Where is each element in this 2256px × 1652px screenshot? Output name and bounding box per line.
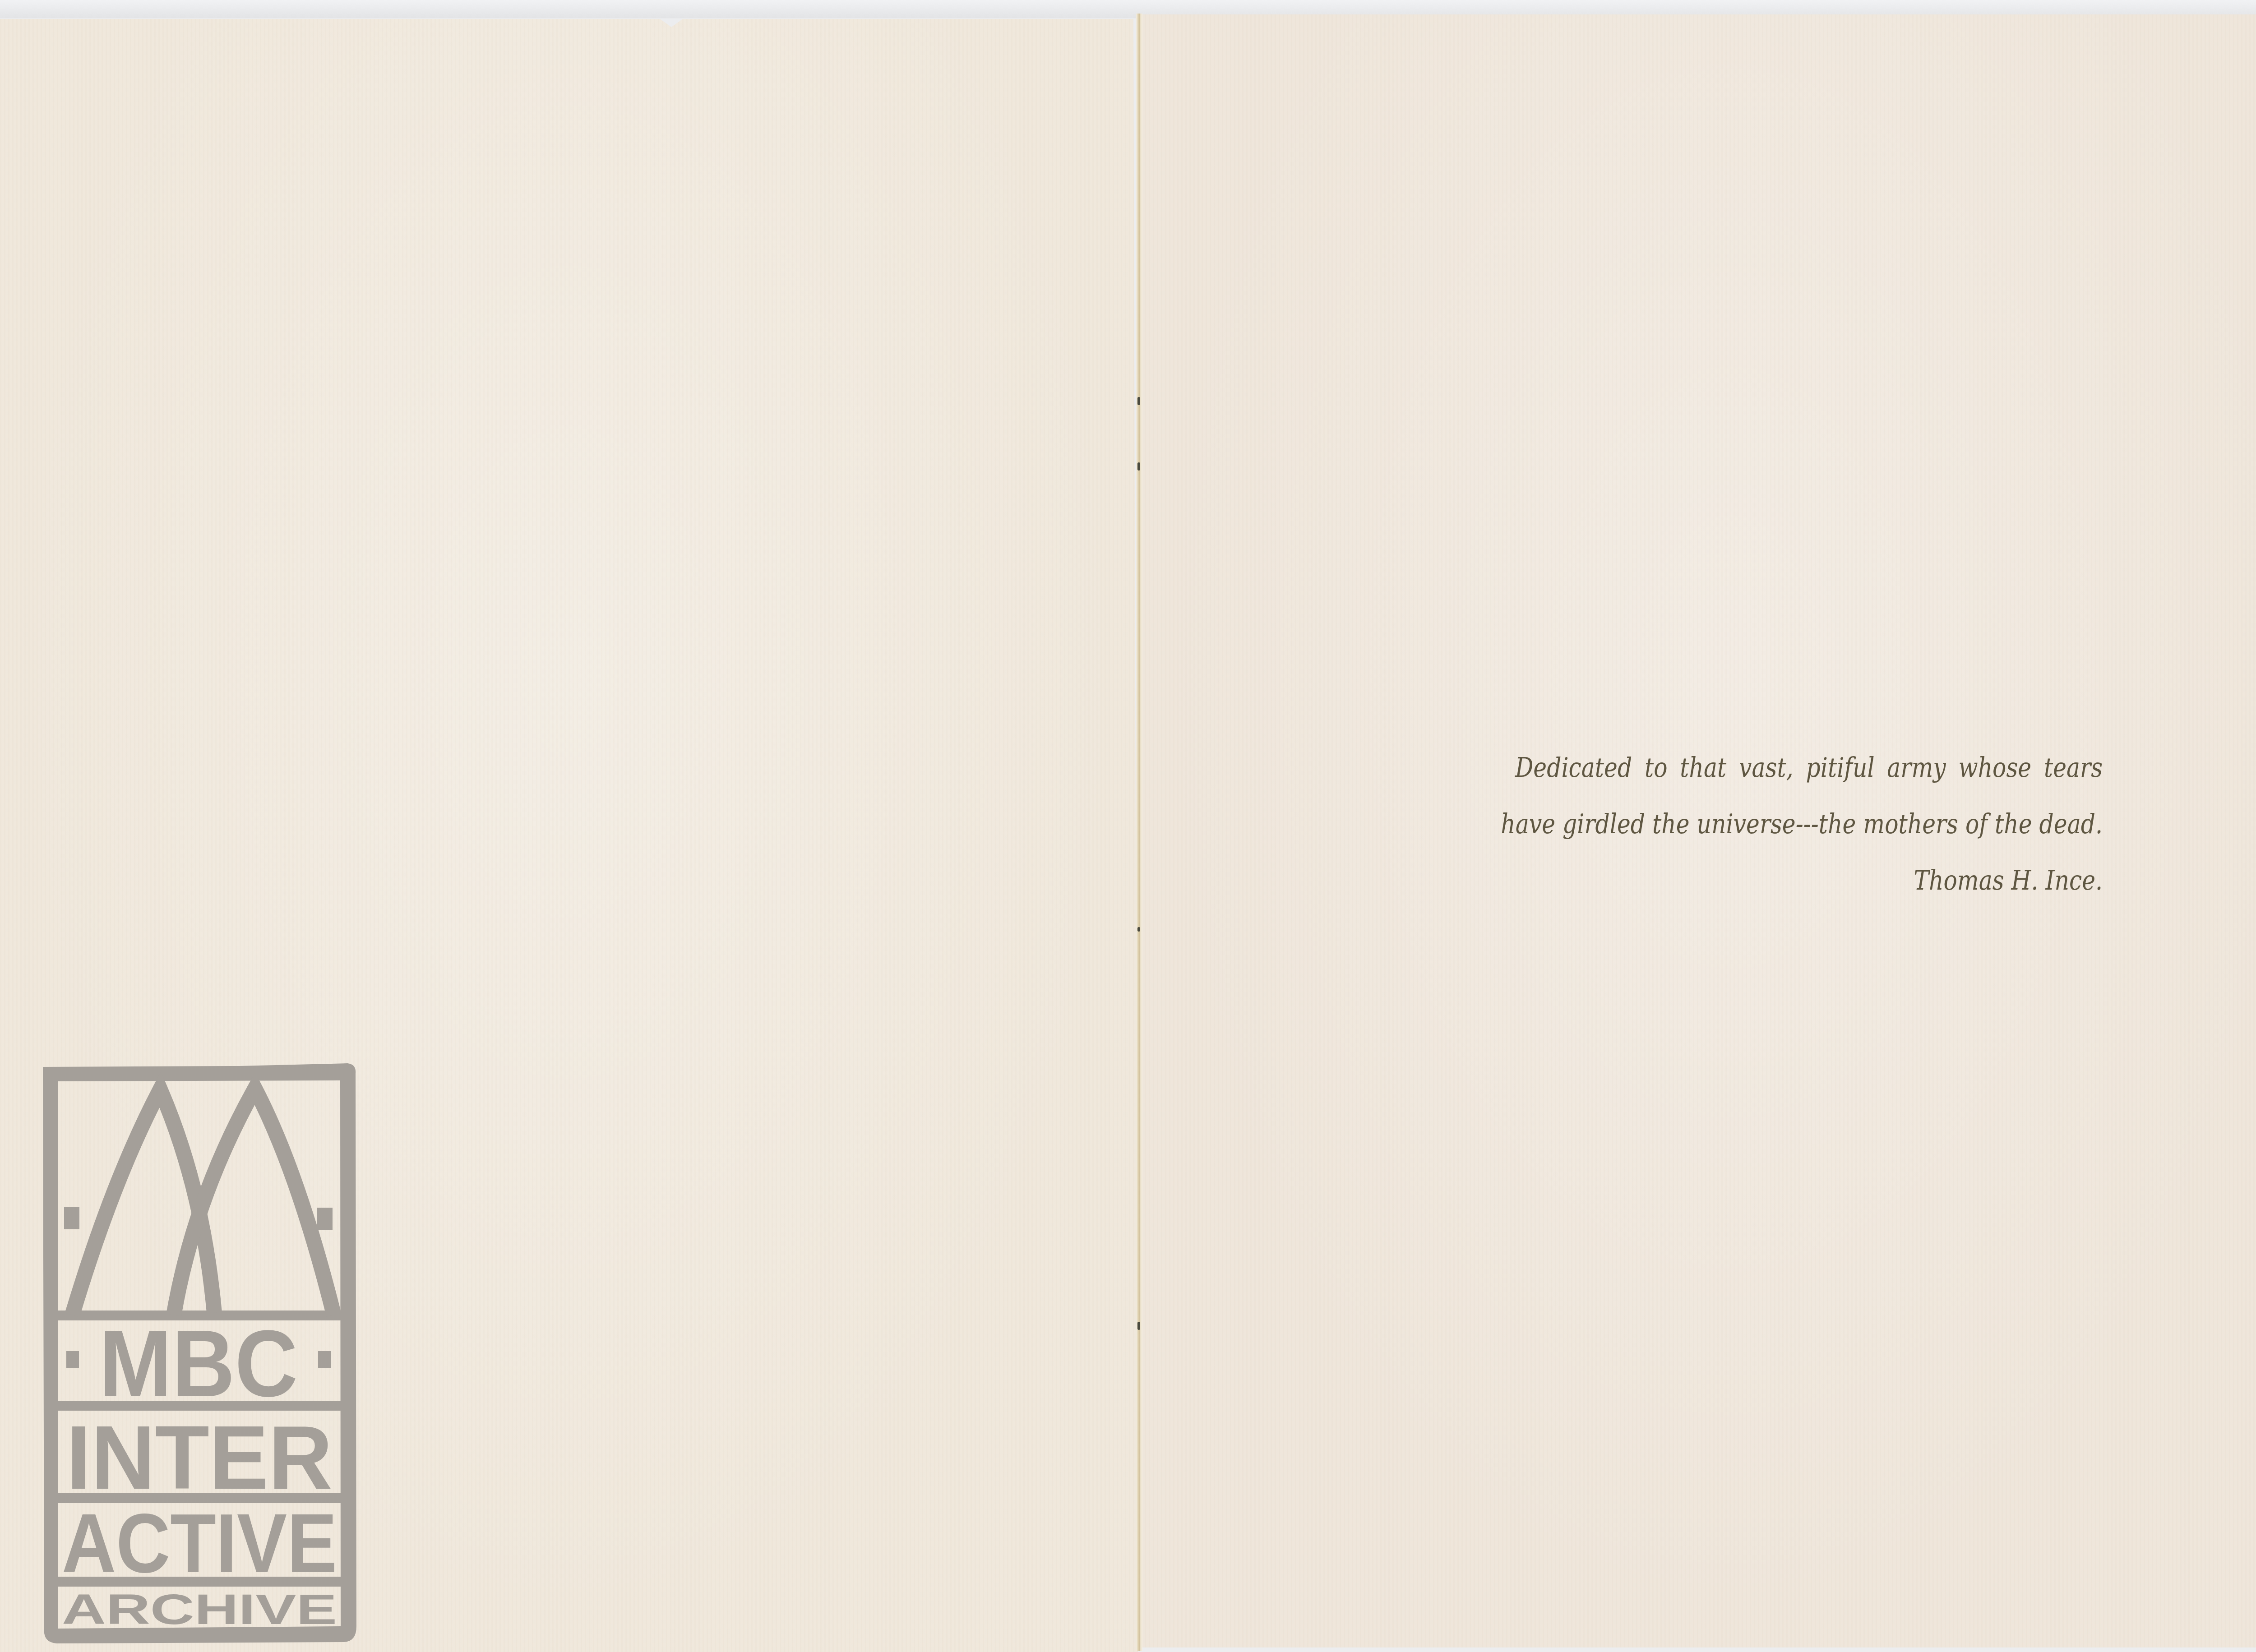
logo-line-2: INTER: [66, 1407, 333, 1508]
dedication-line-1: Dedicated to that vast, pitiful army who…: [1493, 740, 2103, 796]
book-gutter: [1136, 14, 1142, 1651]
dedication-line-2: have girdled the universe---the mothers …: [1493, 796, 2103, 853]
stitch-mark: [1137, 397, 1140, 405]
double-arch-monogram-icon: [72, 1089, 334, 1315]
logo-line-1: MBC: [99, 1311, 298, 1417]
dedication-signature: Thomas H. Ince.: [1493, 853, 2103, 909]
logo-graphic: MBC INTER ACTIVE ARCHIVE: [41, 1053, 356, 1647]
logo-line-4: ARCHIVE: [62, 1586, 337, 1634]
stitch-mark: [1137, 927, 1140, 932]
stitch-mark: [1137, 462, 1140, 471]
mbc-archive-logo: MBC INTER ACTIVE ARCHIVE: [41, 1053, 356, 1647]
dedication-block: Dedicated to that vast, pitiful army who…: [1376, 740, 2103, 909]
logo-line-3: ACTIVE: [62, 1497, 337, 1590]
stitch-mark: [1137, 1322, 1140, 1330]
